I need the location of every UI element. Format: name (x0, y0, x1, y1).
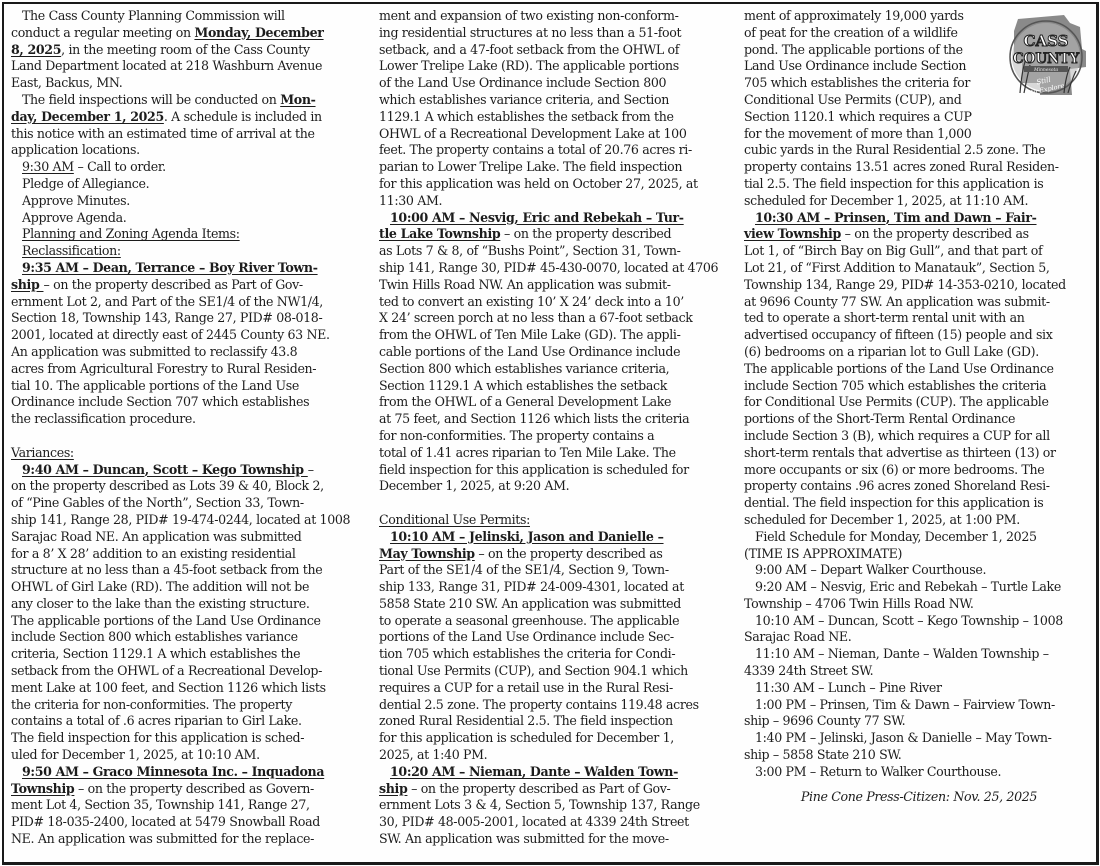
section-heading: Conditional Use Permits: (379, 512, 530, 527)
notice-line: cubic yards in the Rural Residential 2.5… (744, 142, 1094, 159)
notice-text: ment of approximately 19,000 yards (744, 8, 964, 23)
notice-line: the reclassification procedure. (11, 411, 367, 428)
notice-line: Field Schedule for Monday, December 1, 2… (744, 529, 1094, 546)
notice-line: scheduled for December 1, 2025, at 1:00 … (744, 512, 1094, 529)
notice-text: setback, and a 47-foot setback from the … (379, 42, 679, 57)
notice-text: ted to operate a short-term rental unit … (744, 310, 1025, 325)
agenda-item-heading: 10:00 AM – Nesvig, Eric and Rebekah – Tu… (390, 210, 684, 225)
cass-county-logo-icon: CASS COUNTY Minnesota Still to Explore (1000, 9, 1092, 101)
notice-line: for the movement of more than 1,000 (744, 126, 1094, 143)
notice-text: ship 133, Range 31, PID# 24-009-4301, lo… (379, 579, 684, 594)
notice-text: SW. An application was submitted for the… (379, 831, 669, 846)
notice-text: Section 18, Township 143, Range 27, PID#… (11, 310, 322, 325)
notice-text: short-term rentals that advertise as thi… (744, 445, 1056, 460)
notice-line: 10:30 AM – Prinsen, Tim and Dawn – Fair- (744, 210, 1094, 227)
notice-line: view Township – on the property describe… (744, 226, 1094, 243)
agenda-item-heading: May Township (379, 546, 475, 561)
notice-line: The Cass County Planning Commission will (11, 8, 367, 25)
notice-line: for this application is scheduled for De… (379, 730, 735, 747)
notice-text: 3:00 PM – Return to Walker Courthouse. (755, 764, 1001, 779)
notice-text: of the Land Use Ordinance include Sectio… (379, 75, 666, 90)
notice-text: The Cass County Planning Commission will (22, 8, 285, 23)
notice-text: uled for December 1, 2025, at 10:10 AM. (11, 747, 260, 762)
notice-text: zoned Rural Residential 2.5. The field i… (379, 713, 673, 728)
notice-line: portions of the Land Use Ordinance inclu… (379, 629, 735, 646)
notice-text: tion 705 which establishes the criteria … (379, 646, 675, 661)
notice-line: tion 705 which establishes the criteria … (379, 646, 735, 663)
notice-line: Land Department located at 218 Washburn … (11, 58, 367, 75)
notice-line: Conditional Use Permits: (379, 512, 735, 529)
notice-text: property contains .96 acres zoned Shorel… (744, 478, 1050, 493)
notice-line: zoned Rural Residential 2.5. The field i… (379, 713, 735, 730)
notice-text: 30, PID# 48-005-2001, located at 4339 24… (379, 814, 689, 829)
notice-line: ship 141, Range 28, PID# 19-474-0244, lo… (11, 512, 367, 529)
notice-line: The applicable portions of the Land Use … (744, 361, 1094, 378)
notice-text: ship 141, Range 30, PID# 45-430-0070, lo… (379, 260, 718, 275)
notice-line: tle Lake Township – on the property desc… (379, 226, 735, 243)
notice-text: Township 134, Range 29, PID# 14-353-0210… (744, 277, 1066, 292)
notice-text: tial 10. The applicable portions of the … (11, 378, 299, 393)
notice-text: include Section 705 which establishes th… (744, 378, 1046, 393)
notice-text: from the OHWL of a General Development L… (379, 394, 671, 409)
notice-text: the criteria for non-conformities. The p… (11, 697, 292, 712)
notice-text: ernment Lots 3 & 4, Section 5, Township … (379, 797, 700, 812)
notice-text: which establishes variance criteria, and… (379, 92, 669, 107)
notice-text: for this application is scheduled for De… (379, 730, 674, 745)
notice-line: dential 2.5 zone. The property contains … (379, 697, 735, 714)
notice-line: 8, 2025, in the meeting room of the Cass… (11, 42, 367, 59)
notice-text: – on the property described as Govern- (74, 781, 314, 796)
notice-text: Lower Trelipe Lake (RD). The applicable … (379, 58, 679, 73)
notice-text: dential. The field inspection for this a… (744, 495, 1043, 510)
notice-text: ship – 5858 State 210 SW. (744, 747, 901, 762)
notice-line: requires a CUP for a retail use in the R… (379, 680, 735, 697)
agenda-item-heading: Mon- (280, 92, 315, 107)
notice-text: Section 800 which establishes variance c… (379, 361, 669, 376)
notice-line: to operate a seasonal greenhouse. The ap… (379, 613, 735, 630)
notice-line: tional Use Permits (CUP), and Section 90… (379, 663, 735, 680)
notice-line: application locations. (11, 142, 367, 159)
notice-text: tial 2.5. The field inspection for this … (744, 176, 1043, 191)
notice-line: SW. An application was submitted for the… (379, 831, 735, 848)
notice-text: at 75 feet, and Section 1126 which lists… (379, 411, 689, 426)
notice-text: advertised occupancy of fifteen (15) peo… (744, 327, 1052, 342)
agenda-item-heading: ship (379, 781, 407, 796)
notice-text: parian to Lower Trelipe Lake. The field … (379, 159, 682, 174)
notice-text: An application was submitted to reclassi… (11, 344, 297, 359)
notice-line: field inspection for this application is… (379, 462, 735, 479)
notice-text: more occupants or six (6) or more bedroo… (744, 462, 1044, 477)
notice-text: 11:10 AM – Nieman, Dante – Walden Townsh… (755, 646, 1049, 661)
notice-text: 9:00 AM – Depart Walker Courthouse. (755, 562, 986, 577)
notice-column-2: ment and expansion of two existing non-c… (379, 8, 735, 848)
notice-line: 11:30 AM. (379, 193, 735, 210)
notice-line: from the OHWL of Ten Mile Lake (GD). The… (379, 327, 735, 344)
notice-line: The field inspection for this applicatio… (11, 730, 367, 747)
notice-text: include Section 800 which establishes va… (11, 629, 298, 644)
notice-text: tional Use Permits (CUP), and Section 90… (379, 663, 688, 678)
agenda-item-heading: 10:30 AM – Prinsen, Tim and Dawn – Fair- (755, 210, 1037, 225)
notice-line: An application was submitted to reclassi… (11, 344, 367, 361)
notice-line: setback, and a 47-foot setback from the … (379, 42, 735, 59)
notice-text: OHWL of a Recreational Development Lake … (379, 126, 687, 141)
notice-text: pond. The applicable portions of the (744, 42, 963, 57)
notice-text: on the property described as Lots 39 & 4… (11, 478, 324, 493)
notice-text: – on the property described (500, 226, 671, 241)
notice-text: requires a CUP for a retail use in the R… (379, 680, 673, 695)
notice-text: structure at no less than a 45-foot setb… (11, 562, 322, 577)
notice-line: East, Backus, MN. (11, 75, 367, 92)
agenda-item-heading: view Township (744, 226, 841, 241)
notice-line: ernment Lot 2, and Part of the SE1/4 of … (11, 294, 367, 311)
notice-column-1: The Cass County Planning Commission will… (11, 8, 367, 848)
notice-text: criteria, Section 1129.1 A which establi… (11, 646, 300, 661)
notice-line: ship 141, Range 30, PID# 45-430-0070, lo… (379, 260, 735, 277)
notice-line: day, December 1, 2025. A schedule is inc… (11, 109, 367, 126)
notice-text: Ordinance include Section 707 which esta… (11, 394, 309, 409)
notice-text: ment Lake at 100 feet, and Section 1126 … (11, 680, 326, 695)
notice-text: application locations. (11, 142, 140, 157)
notice-text: The applicable portions of the Land Use … (744, 361, 1054, 376)
notice-line: which establishes variance criteria, and… (379, 92, 735, 109)
notice-text: to operate a seasonal greenhouse. The ap… (379, 613, 679, 628)
notice-line: dential. The field inspection for this a… (744, 495, 1094, 512)
notice-line: conduct a regular meeting on Monday, Dec… (11, 25, 367, 42)
notice-line: of the Land Use Ordinance include Sectio… (379, 75, 735, 92)
agenda-item-heading: Township (11, 781, 74, 796)
notice-text: Land Use Ordinance include Section (744, 58, 966, 73)
notice-line: any closer to the lake than the existing… (11, 596, 367, 613)
notice-line: 10:00 AM – Nesvig, Eric and Rebekah – Tu… (379, 210, 735, 227)
notice-text: 2001, located at directly east of 2445 C… (11, 327, 330, 342)
notice-line: the criteria for non-conformities. The p… (11, 697, 367, 714)
notice-line: include Section 800 which establishes va… (11, 629, 367, 646)
notice-text: setback from the OHWL of a Recreational … (11, 663, 322, 678)
notice-line: 9:35 AM – Dean, Terrance – Boy River Tow… (11, 260, 367, 277)
notice-text: (TIME IS APPROXIMATE) (744, 546, 902, 561)
notice-line: Variances: (11, 445, 367, 462)
section-heading: 9:30 AM (22, 159, 74, 174)
notice-line: setback from the OHWL of a Recreational … (11, 663, 367, 680)
notice-text: 1:40 PM – Jelinski, Jason & Danielle – M… (755, 730, 1052, 745)
notice-text: , in the meeting room of the Cass County (61, 42, 310, 57)
notice-text: – on the property described as Part of G… (43, 277, 302, 292)
notice-text: conduct a regular meeting on (11, 25, 194, 40)
notice-line: PID# 18-035-2400, located at 5479 Snowba… (11, 814, 367, 831)
notice-line: for non-conformities. The property conta… (379, 428, 735, 445)
notice-line: Pledge of Allegiance. (11, 176, 367, 193)
notice-line: Ordinance include Section 707 which esta… (11, 394, 367, 411)
notice-text: Sarajac Road NE. An application was subm… (11, 529, 301, 544)
notice-text: Conditional Use Permits (CUP), and (744, 92, 962, 107)
section-heading: Reclassification: (22, 243, 121, 258)
notice-line: uled for December 1, 2025, at 10:10 AM. (11, 747, 367, 764)
notice-text: portions of the Land Use Ordinance inclu… (379, 629, 674, 644)
notice-text: – on the property described as Part of G… (407, 781, 670, 796)
notice-line: more occupants or six (6) or more bedroo… (744, 462, 1094, 479)
notice-line: 1:00 PM – Prinsen, Tim & Dawn – Fairview… (744, 697, 1094, 714)
notice-line: at 75 feet, and Section 1126 which lists… (379, 411, 735, 428)
notice-line: (TIME IS APPROXIMATE) (744, 546, 1094, 563)
notice-line: criteria, Section 1129.1 A which establi… (11, 646, 367, 663)
notice-text: ernment Lot 2, and Part of the SE1/4 of … (11, 294, 323, 309)
notice-text: ted to convert an existing 10’ X 24’ dec… (379, 294, 684, 309)
notice-line: Section 1129.1 A which establishes the s… (379, 378, 735, 395)
notice-text: cable portions of the Land Use Ordinance… (379, 344, 680, 359)
notice-text: ship – 9696 County 77 SW. (744, 713, 905, 728)
notice-line: ted to convert an existing 10’ X 24’ dec… (379, 294, 735, 311)
notice-line: for this application was held on October… (379, 176, 735, 193)
notice-line: feet. The property contains a total of 2… (379, 142, 735, 159)
notice-line: May Township – on the property described… (379, 546, 735, 563)
notice-line: Township 134, Range 29, PID# 14-353-0210… (744, 277, 1094, 294)
notice-line: Approve Minutes. (11, 193, 367, 210)
notice-line: Section 800 which establishes variance c… (379, 361, 735, 378)
notice-line: Sarajac Road NE. An application was subm… (11, 529, 367, 546)
notice-line: (6) bedrooms on a riparian lot to Gull L… (744, 344, 1094, 361)
notice-line: for a 8’ X 28’ addition to an existing r… (11, 546, 367, 563)
notice-line: for Conditional Use Permits (CUP). The a… (744, 394, 1094, 411)
notice-text: 11:30 AM – Lunch – Pine River (755, 680, 942, 695)
notice-text: at 9696 County 77 SW. An application was… (744, 294, 1050, 309)
notice-text: Lot 21, of “First Addition to Manatauk”,… (744, 260, 1050, 275)
notice-text: ing residential structures at no less th… (379, 25, 681, 40)
notice-text: 2025, at 1:40 PM. (379, 747, 487, 762)
notice-text: X 24’ screen porch at no less than a 67-… (379, 310, 693, 325)
notice-text: for the movement of more than 1,000 (744, 126, 971, 141)
notice-line: 9:40 AM – Duncan, Scott – Kego Township … (11, 462, 367, 479)
notice-text: of “Pine Gables of the North”, Section 3… (11, 495, 304, 510)
notice-line: 3:00 PM – Return to Walker Courthouse. (744, 764, 1094, 781)
notice-line: Sarajac Road NE. (744, 629, 1094, 646)
notice-line (11, 428, 367, 445)
notice-text: 11:30 AM. (379, 193, 442, 208)
notice-line: Reclassification: (11, 243, 367, 260)
notice-text: The field inspections will be conducted … (22, 92, 280, 107)
notice-text: Twin Hills Road NW. An application was s… (379, 277, 671, 292)
spacer (744, 781, 1094, 789)
notice-line: advertised occupancy of fifteen (15) peo… (744, 327, 1094, 344)
notice-text: . A schedule is included in (164, 109, 322, 124)
notice-line: ment and expansion of two existing non-c… (379, 8, 735, 25)
agenda-item-heading: 9:35 AM – Dean, Terrance – Boy River Tow… (22, 260, 318, 275)
notice-text: The field inspection for this applicatio… (11, 730, 304, 745)
notice-text: property contains 13.51 acres zoned Rura… (744, 159, 1059, 174)
notice-line: ment Lake at 100 feet, and Section 1126 … (11, 680, 367, 697)
notice-line: include Section 705 which establishes th… (744, 378, 1094, 395)
legal-notice-frame: The Cass County Planning Commission will… (2, 2, 1099, 865)
notice-text: for Conditional Use Permits (CUP). The a… (744, 394, 1049, 409)
notice-text: Approve Minutes. (22, 193, 130, 208)
notice-line: ernment Lots 3 & 4, Section 5, Township … (379, 797, 735, 814)
notice-line: 10:20 AM – Nieman, Dante – Walden Town- (379, 764, 735, 781)
notice-line: ship – on the property described as Part… (379, 781, 735, 798)
notice-line: 30, PID# 48-005-2001, located at 4339 24… (379, 814, 735, 831)
notice-text: – on the property described as (475, 546, 663, 561)
notice-line: ship – on the property described as Part… (11, 277, 367, 294)
notice-text: ship 141, Range 28, PID# 19-474-0244, lo… (11, 512, 350, 527)
notice-line: property contains .96 acres zoned Shorel… (744, 478, 1094, 495)
notice-line: X 24’ screen porch at no less than a 67-… (379, 310, 735, 327)
notice-text: include Section 3 (B), which requires a … (744, 428, 1050, 443)
notice-text: Pledge of Allegiance. (22, 176, 149, 191)
notice-line: from the OHWL of a General Development L… (379, 394, 735, 411)
notice-text: for a 8’ X 28’ addition to an existing r… (11, 546, 296, 561)
notice-line: ship – 9696 County 77 SW. (744, 713, 1094, 730)
notice-line: structure at no less than a 45-foot setb… (11, 562, 367, 579)
notice-line: 2025, at 1:40 PM. (379, 747, 735, 764)
notice-text: the reclassification procedure. (11, 411, 196, 426)
notice-text: acres from Agricultural Forestry to Rura… (11, 361, 316, 376)
notice-line: parian to Lower Trelipe Lake. The field … (379, 159, 735, 176)
notice-text: portions of the Short-Term Rental Ordina… (744, 411, 1015, 426)
notice-text: – on the property described as (841, 226, 1029, 241)
notice-line: 9:50 AM – Graco Minnesota Inc. – Inquado… (11, 764, 367, 781)
notice-line: 1:40 PM – Jelinski, Jason & Danielle – M… (744, 730, 1094, 747)
svg-text:Minnesota: Minnesota (1033, 67, 1058, 73)
notice-text: OHWL of Girl Lake (RD). The addition wil… (11, 579, 309, 594)
notice-line: OHWL of Girl Lake (RD). The addition wil… (11, 579, 367, 596)
notice-text: 5858 State 210 SW. An application was su… (379, 596, 681, 611)
notice-line: Township – on the property described as … (11, 781, 367, 798)
notice-line: 11:30 AM – Lunch – Pine River (744, 680, 1094, 697)
agenda-item-heading: 10:20 AM – Nieman, Dante – Walden Town- (390, 764, 678, 779)
notice-text: scheduled for December 1, 2025, at 1:00 … (744, 512, 1020, 527)
section-heading: Planning and Zoning Agenda Items: (22, 226, 240, 241)
notice-text: from the OHWL of Ten Mile Lake (GD). The… (379, 327, 681, 342)
notice-text: – Call to order. (74, 159, 166, 174)
notice-text: 1:00 PM – Prinsen, Tim & Dawn – Fairview… (755, 697, 1055, 712)
notice-line: Planning and Zoning Agenda Items: (11, 226, 367, 243)
notice-text: Township – 4706 Twin Hills Road NW. (744, 596, 973, 611)
notice-text: 705 which establishes the criteria for (744, 75, 970, 90)
notice-line: Part of the SE1/4 of the SE1/4, Section … (379, 562, 735, 579)
notice-text: 4339 24th Street SW. (744, 663, 873, 678)
notice-line: scheduled for December 1, 2025, at 11:10… (744, 193, 1094, 210)
agenda-item-heading: tle Lake Township (379, 226, 500, 241)
notice-line: as Lots 7 & 8, of “Bushs Point”, Section… (379, 243, 735, 260)
publication-credit: Pine Cone Press-Citizen: Nov. 25, 2025 (744, 789, 1094, 806)
agenda-item-heading: 9:50 AM – Graco Minnesota Inc. – Inquado… (22, 764, 324, 779)
notice-line: 9:00 AM – Depart Walker Courthouse. (744, 562, 1094, 579)
agenda-item-heading: Monday, December (194, 25, 323, 40)
notice-line: Township – 4706 Twin Hills Road NW. (744, 596, 1094, 613)
notice-text: as Lots 7 & 8, of “Bushs Point”, Section… (379, 243, 681, 258)
notice-line: 1129.1 A which establishes the setback f… (379, 109, 735, 126)
notice-text: contains a total of .6 acres riparian to… (11, 713, 302, 728)
agenda-item-heading: 10:10 AM – Jelinski, Jason and Danielle … (390, 529, 664, 544)
notice-line: 2001, located at directly east of 2445 C… (11, 327, 367, 344)
notice-line: Lot 1, of “Birch Bay on Big Gull”, and t… (744, 243, 1094, 260)
notice-text: Field Schedule for Monday, December 1, 2… (755, 529, 1037, 544)
notice-line: property contains 13.51 acres zoned Rura… (744, 159, 1094, 176)
notice-line: Lower Trelipe Lake (RD). The applicable … (379, 58, 735, 75)
notice-line: ted to operate a short-term rental unit … (744, 310, 1094, 327)
notice-text: total of 1.41 acres riparian to Ten Mile… (379, 445, 676, 460)
notice-text: Part of the SE1/4 of the SE1/4, Section … (379, 562, 669, 577)
notice-text: 10:10 AM – Duncan, Scott – Kego Township… (755, 613, 1063, 628)
notice-text: Section 1129.1 A which establishes the s… (379, 378, 667, 393)
notice-line: December 1, 2025, at 9:20 AM. (379, 478, 735, 495)
notice-line: 10:10 AM – Duncan, Scott – Kego Township… (744, 613, 1094, 630)
notice-line: 4339 24th Street SW. (744, 663, 1094, 680)
notice-text: field inspection for this application is… (379, 462, 689, 477)
notice-line: 10:10 AM – Jelinski, Jason and Danielle … (379, 529, 735, 546)
notice-line: at 9696 County 77 SW. An application was… (744, 294, 1094, 311)
notice-line: on the property described as Lots 39 & 4… (11, 478, 367, 495)
notice-text: 1129.1 A which establishes the setback f… (379, 109, 674, 124)
notice-line: Approve Agenda. (11, 210, 367, 227)
notice-text: for this application was held on October… (379, 176, 698, 191)
notice-line: cable portions of the Land Use Ordinance… (379, 344, 735, 361)
notice-text: feet. The property contains a total of 2… (379, 142, 692, 157)
notice-text: 9:20 AM – Nesvig, Eric and Rebekah – Tur… (755, 579, 1061, 594)
notice-text: (6) bedrooms on a riparian lot to Gull L… (744, 344, 1039, 359)
notice-text: Lot 1, of “Birch Bay on Big Gull”, and t… (744, 243, 1042, 258)
notice-line: Twin Hills Road NW. An application was s… (379, 277, 735, 294)
notice-text: Approve Agenda. (22, 210, 126, 225)
notice-text: of peat for the creation of a wildlife (744, 25, 958, 40)
notice-line: ment Lot 4, Section 35, Township 141, Ra… (11, 797, 367, 814)
notice-line: contains a total of .6 acres riparian to… (11, 713, 367, 730)
notice-line: OHWL of a Recreational Development Lake … (379, 126, 735, 143)
notice-text: ment and expansion of two existing non-c… (379, 8, 678, 23)
notice-line: 11:10 AM – Nieman, Dante – Walden Townsh… (744, 646, 1094, 663)
notice-line: of “Pine Gables of the North”, Section 3… (11, 495, 367, 512)
notice-line: ing residential structures at no less th… (379, 25, 735, 42)
notice-line: include Section 3 (B), which requires a … (744, 428, 1094, 445)
notice-line: Lot 21, of “First Addition to Manatauk”,… (744, 260, 1094, 277)
notice-line (379, 495, 735, 512)
notice-line: ship 133, Range 31, PID# 24-009-4301, lo… (379, 579, 735, 596)
notice-line: Section 18, Township 143, Range 27, PID#… (11, 310, 367, 327)
notice-line: ship – 5858 State 210 SW. (744, 747, 1094, 764)
agenda-item-heading: day, December 1, 2025 (11, 109, 164, 124)
notice-line: acres from Agricultural Forestry to Rura… (11, 361, 367, 378)
notice-text: December 1, 2025, at 9:20 AM. (379, 478, 569, 493)
notice-line: tial 2.5. The field inspection for this … (744, 176, 1094, 193)
notice-line: portions of the Short-Term Rental Ordina… (744, 411, 1094, 428)
notice-line: 9:20 AM – Nesvig, Eric and Rebekah – Tur… (744, 579, 1094, 596)
notice-line: this notice with an estimated time of ar… (11, 126, 367, 143)
notice-text: The applicable portions of the Land Use … (11, 613, 321, 628)
notice-column-3: ment of approximately 19,000 yardsof pea… (744, 8, 1094, 805)
notice-line: Section 1120.1 which requires a CUP (744, 109, 1094, 126)
notice-text: PID# 18-035-2400, located at 5479 Snowba… (11, 814, 320, 829)
notice-line: 5858 State 210 SW. An application was su… (379, 596, 735, 613)
notice-text: cubic yards in the Rural Residential 2.5… (744, 142, 1045, 157)
notice-line: 9:30 AM – Call to order. (11, 159, 367, 176)
notice-text: for non-conformities. The property conta… (379, 428, 654, 443)
notice-text: ment Lot 4, Section 35, Township 141, Ra… (11, 797, 310, 812)
notice-text: East, Backus, MN. (11, 75, 122, 90)
agenda-item-heading: 8, 2025 (11, 42, 61, 57)
section-heading: Variances: (11, 445, 74, 460)
notice-line: The field inspections will be conducted … (11, 92, 367, 109)
notice-text: dential 2.5 zone. The property contains … (379, 697, 699, 712)
notice-line: tial 10. The applicable portions of the … (11, 378, 367, 395)
notice-line: short-term rentals that advertise as thi… (744, 445, 1094, 462)
notice-line: NE. An application was submitted for the… (11, 831, 367, 848)
svg-text:COUNTY: COUNTY (1013, 51, 1080, 67)
notice-line: The applicable portions of the Land Use … (11, 613, 367, 630)
notice-text: Land Department located at 218 Washburn … (11, 58, 322, 73)
notice-text: any closer to the lake than the existing… (11, 596, 309, 611)
agenda-item-heading: 9:40 AM – Duncan, Scott – Kego Township (22, 462, 308, 477)
svg-text:CASS: CASS (1024, 32, 1069, 50)
notice-line: total of 1.41 acres riparian to Ten Mile… (379, 445, 735, 462)
notice-text: – (308, 462, 314, 477)
